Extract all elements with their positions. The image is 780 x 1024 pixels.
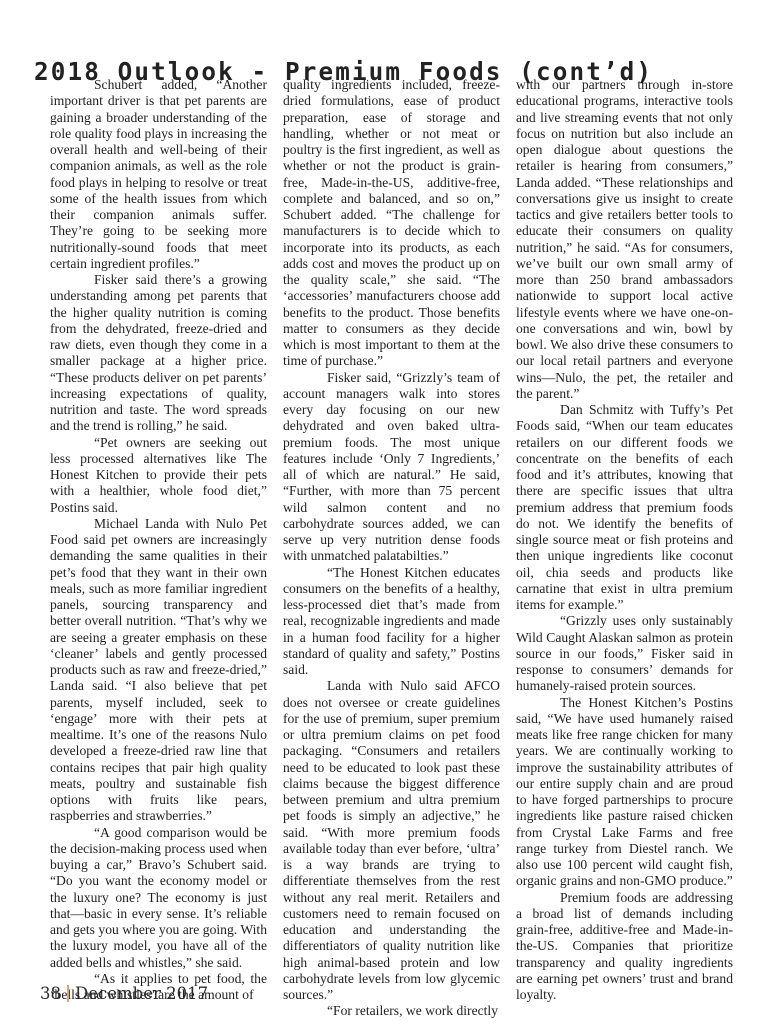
- article-body: Schubert added, “Another important drive…: [50, 77, 733, 1020]
- paragraph: Fisker said there’s a growing understand…: [50, 272, 267, 435]
- paragraph: Schubert added, “Another important drive…: [50, 77, 267, 272]
- paragraph: “Pet owners are seeking out less process…: [50, 435, 267, 516]
- paragraph: “A good comparison would be the decision…: [50, 825, 267, 971]
- paragraph-continued: with our partners through in-store educa…: [516, 77, 733, 402]
- paragraph: Michael Landa with Nulo Pet Food said pe…: [50, 516, 267, 825]
- paragraph: Premium foods are addressing a broad lis…: [516, 890, 733, 1004]
- footer-separator: [67, 985, 69, 1002]
- paragraph: Landa with Nulo said AFCO does not overs…: [283, 678, 500, 1003]
- paragraph: Fisker said, “Grizzly’s team of account …: [283, 370, 500, 565]
- issue-date: December 2017: [75, 984, 208, 1003]
- paragraph: “Grizzly uses only sustainably Wild Caug…: [516, 613, 733, 694]
- column-left: Schubert added, “Another important drive…: [50, 77, 267, 1020]
- page-footer: 38 December 2017: [40, 984, 208, 1003]
- column-middle: quality ingredients included, freeze-dri…: [283, 77, 500, 1020]
- paragraph: “The Honest Kitchen educates consumers o…: [283, 565, 500, 679]
- paragraph: Dan Schmitz with Tuffy’s Pet Foods said,…: [516, 402, 733, 613]
- column-right: with our partners through in-store educa…: [516, 77, 733, 1020]
- paragraph: The Honest Kitchen’s Postins said, “We h…: [516, 695, 733, 890]
- page-number: 38: [40, 984, 61, 1003]
- paragraph-continued: quality ingredients included, freeze-dri…: [283, 77, 500, 370]
- paragraph: “For retailers, we work directly: [283, 1003, 500, 1019]
